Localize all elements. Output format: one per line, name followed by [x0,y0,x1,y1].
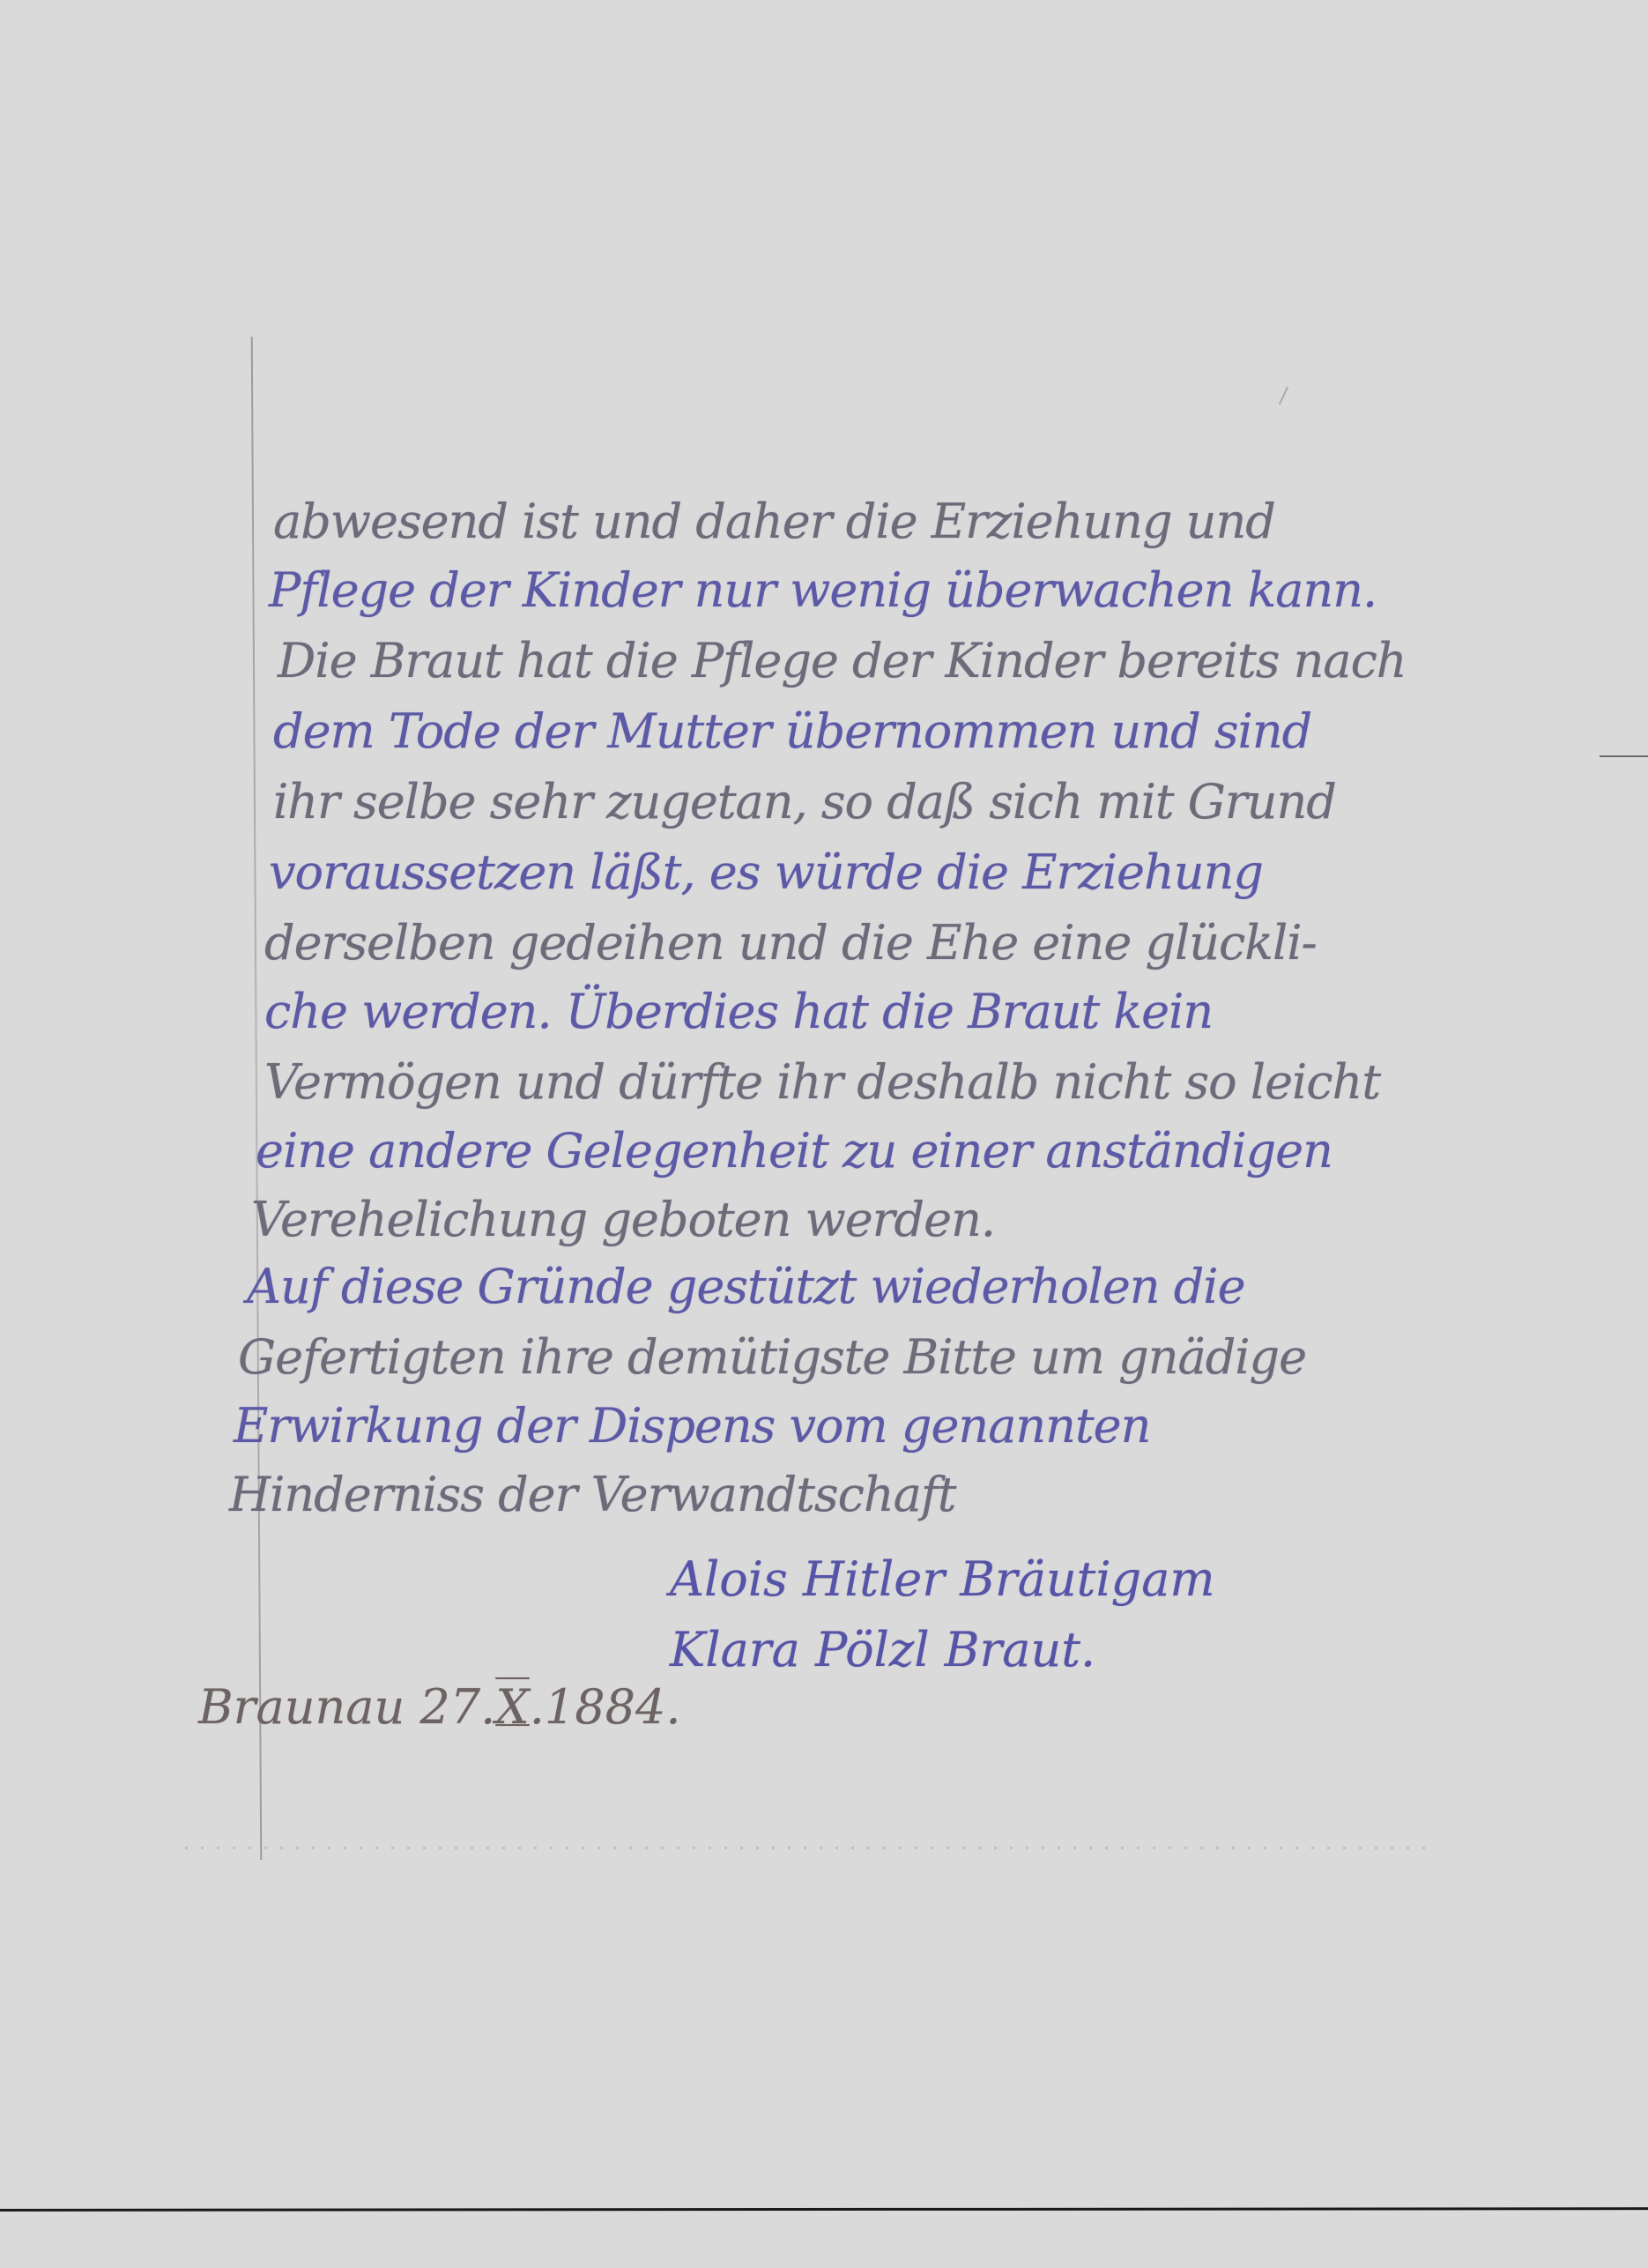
date-year: .1884. [530,1679,681,1735]
letter-line: che werden. Überdies hat die Braut kein [264,984,1213,1039]
letter-line: Pflege der Kinder nur wenig überwachen k… [269,562,1377,618]
letter-line: derselben gedeihen und die Ehe eine glüc… [264,915,1317,970]
place-and-date: Braunau 27.X.1884. [198,1679,681,1735]
signature-bride: Klara Pölzl Braut. [670,1622,1095,1677]
letter-line: Auf diese Gründe gestützt wiederholen di… [247,1259,1245,1314]
signature-groom: Alois Hitler Bräutigam [670,1551,1215,1607]
letter-line: voraussetzen läßt, es würde die Erziehun… [269,844,1263,900]
paper-bottom-edge [185,1847,1436,1849]
letter-line: Die Braut hat die Pflege der Kinder bere… [278,633,1407,688]
place: Braunau [198,1679,405,1735]
letter-line: abwesend ist und daher die Erziehung und [273,494,1275,549]
letter-line: Vermögen und dürfte ihr deshalb nicht so… [264,1054,1380,1110]
letter-line: Gefertigten ihre demütigste Bitte um gnä… [238,1329,1306,1385]
paper-left-edge [251,337,263,1860]
letter-line: Hinderniss der Verwandtschaft [229,1467,956,1522]
date-month: X [495,1679,529,1735]
letter-line: Verehelichung geboten werden. [251,1192,995,1247]
scanner-bottom-border [0,2207,1648,2212]
letter-line: ihr selbe sehr zugetan, so daß sich mit … [273,774,1336,829]
margin-line-mark [1600,755,1648,757]
letter-line: dem Tode der Mutter übernommen und sind [273,703,1311,759]
letter-line: eine andere Gelegenheit zu einer anständ… [256,1123,1333,1179]
pencil-mark [1279,386,1296,408]
letter-line: Erwirkung der Dispens vom genannten [234,1398,1150,1454]
scanned-page: abwesend ist und daher die Erziehung und… [0,0,1648,2268]
date-day: 27. [419,1679,495,1735]
